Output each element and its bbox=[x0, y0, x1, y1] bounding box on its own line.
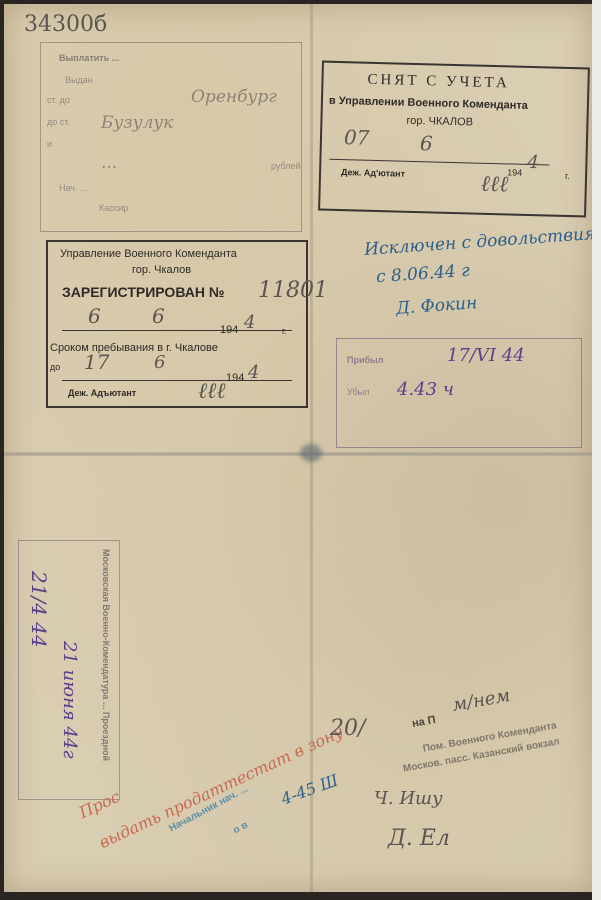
stamp-month: 6 bbox=[420, 131, 433, 155]
stamp-year-prefix: 194 bbox=[220, 324, 238, 336]
stamp-year-label: г. bbox=[282, 326, 287, 336]
receipt-stamp: Выплатить ... Выдан ст. до до ст. и рубл… bbox=[40, 42, 302, 232]
receipt-row: рублей bbox=[271, 161, 301, 171]
stamp-line: в Управлении Военного Коменданта bbox=[329, 95, 528, 112]
pencil-signature: Д. Ел bbox=[388, 826, 450, 851]
arrival-date: 17/VI 44 bbox=[447, 345, 525, 366]
arrival-label: Прибыл bbox=[347, 355, 383, 365]
registered-month: 6 bbox=[152, 304, 165, 328]
registered-day: 6 bbox=[88, 304, 101, 328]
receipt-header: Выплатить ... bbox=[59, 53, 119, 63]
receipt-handwriting: ... bbox=[101, 153, 117, 173]
receipt-row: Выдан bbox=[65, 75, 93, 85]
moscow-commandant-stamp: Московская Военно-Комендатура ... Проезд… bbox=[18, 540, 120, 800]
ink-blot bbox=[300, 444, 322, 462]
receipt-row: Нач. ... bbox=[59, 183, 88, 193]
signature: ℓℓℓ bbox=[198, 378, 226, 404]
stamp-day: 07 bbox=[344, 125, 370, 150]
receipt-handwriting: Бузулук bbox=[101, 113, 173, 133]
document-sheet: 34300б Выплатить ... Выдан ст. до до ст.… bbox=[4, 4, 592, 892]
moscow-stamp-text: Московская Военно-Комендатура ... Проезд… bbox=[101, 549, 111, 761]
archive-number: 34300б bbox=[24, 12, 107, 37]
stamp-year-suffix: 4 bbox=[248, 362, 259, 383]
arrival-stamp: Прибыл Убыл 17/VI 44 4.43 ч bbox=[336, 338, 582, 448]
stamp-title: СНЯТ С УЧЕТА bbox=[367, 72, 510, 93]
pencil-note: Ч. Ишу bbox=[374, 788, 443, 809]
stamp-year-label: г. bbox=[565, 171, 570, 181]
pencil-fraction: 20/ bbox=[330, 716, 365, 741]
receipt-handwriting: Оренбург bbox=[191, 87, 277, 107]
signature: ℓℓℓ bbox=[480, 171, 508, 198]
stay-label: Сроком пребывания в г. Чкалове bbox=[50, 342, 218, 354]
stay-prefix: до bbox=[50, 362, 60, 372]
stamp-city: гор. Чкалов bbox=[132, 264, 191, 276]
receipt-row: и bbox=[47, 139, 52, 149]
stamp-year-prefix: 194 bbox=[507, 167, 522, 177]
allowance-date: с 8.06.44 г bbox=[375, 261, 470, 287]
registered-stamp: Управление Военного Коменданта гор. Чкал… bbox=[46, 240, 308, 408]
scan-margin bbox=[592, 0, 601, 900]
stamp-year-suffix: 4 bbox=[244, 312, 255, 333]
teal-stamp-line: о в bbox=[231, 820, 249, 837]
stay-day: 17 bbox=[84, 350, 109, 374]
receipt-row: ст. до bbox=[47, 95, 70, 105]
stamp-city: гор. ЧКАЛОВ bbox=[406, 115, 473, 129]
allowance-note: Исключен с довольствия bbox=[364, 224, 596, 260]
allowance-signature: Д. Фокин bbox=[395, 293, 477, 319]
moscow-hand-date: 21/4 44 bbox=[27, 571, 51, 648]
stamp-year-suffix: 4 bbox=[527, 152, 539, 173]
moscow-hand-date2: 21 июня 44г bbox=[59, 641, 80, 759]
stamp-signature-label: Деж. Ад'ютант bbox=[341, 167, 405, 179]
stamp-signature-label: Деж. Адъютант bbox=[68, 388, 136, 398]
removed-from-register-stamp: СНЯТ С УЧЕТА в Управлении Военного Комен… bbox=[318, 61, 590, 218]
fold-line-horizontal bbox=[4, 452, 592, 456]
registration-number: 11801 bbox=[258, 278, 328, 303]
bottom-stamp-hand: м/нем bbox=[451, 685, 512, 716]
stamp-year-prefix: 194 bbox=[226, 372, 244, 384]
stamp-title: ЗАРЕГИСТРИРОВАН № bbox=[62, 284, 224, 300]
stamp-line: Управление Военного Коменданта bbox=[60, 248, 237, 260]
bottom-stamp-prefix: на П bbox=[411, 714, 436, 730]
receipt-row: Кассир bbox=[99, 203, 128, 213]
stay-month: 6 bbox=[154, 352, 165, 373]
receipt-row: до ст. bbox=[47, 117, 70, 127]
departure-label: Убыл bbox=[347, 387, 369, 397]
departure-time: 4.43 ч bbox=[397, 379, 454, 400]
